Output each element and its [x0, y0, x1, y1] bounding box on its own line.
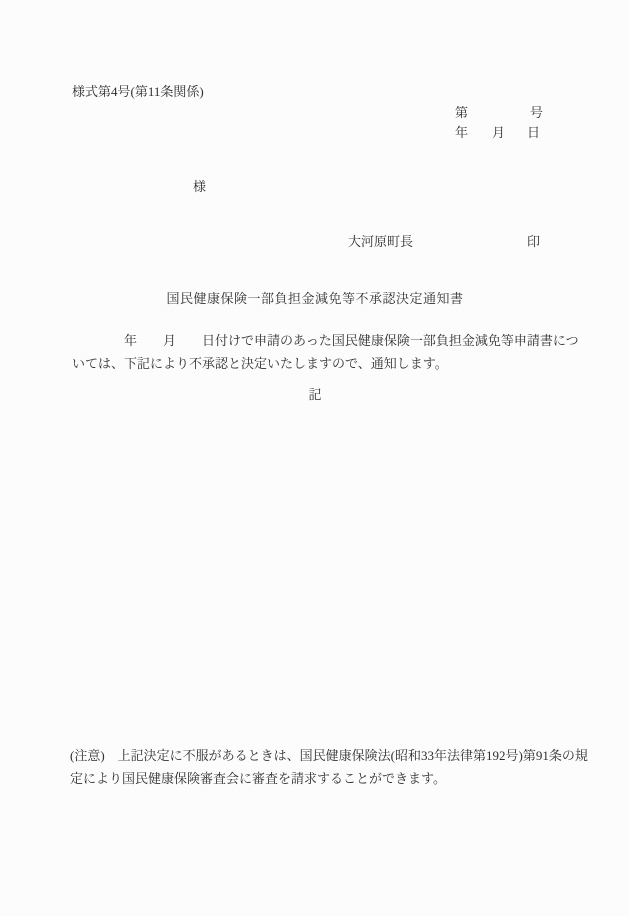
document-title: 国民健康保険一部負担金減免等不承認決定通知書	[0, 292, 630, 305]
document-page: 様式第4号(第11条関係) 第 号 年 月 日 様 大河原町長 印 国民健康保険…	[0, 0, 630, 916]
date-month-label: 月	[492, 126, 505, 139]
record-section-marker: 記	[0, 388, 630, 401]
date-day-label: 日	[527, 126, 540, 139]
document-number-prefix: 第	[455, 106, 468, 119]
issuer-title: 大河原町長	[348, 235, 413, 248]
notice-paragraph: (注意) 上記決定に不服があるときは、国民健康保険法(昭和33年法律第192号)…	[70, 744, 615, 790]
body-paragraph: 年 月 日付けで申請のあった国民健康保険一部負担金減免等申請書につ いては、下記…	[72, 329, 617, 375]
addressee-honorific: 様	[193, 180, 206, 193]
document-number-suffix: 号	[530, 106, 543, 119]
date-year-label: 年	[455, 126, 468, 139]
seal-mark: 印	[527, 235, 540, 248]
form-number-label: 様式第4号(第11条関係)	[72, 85, 204, 98]
